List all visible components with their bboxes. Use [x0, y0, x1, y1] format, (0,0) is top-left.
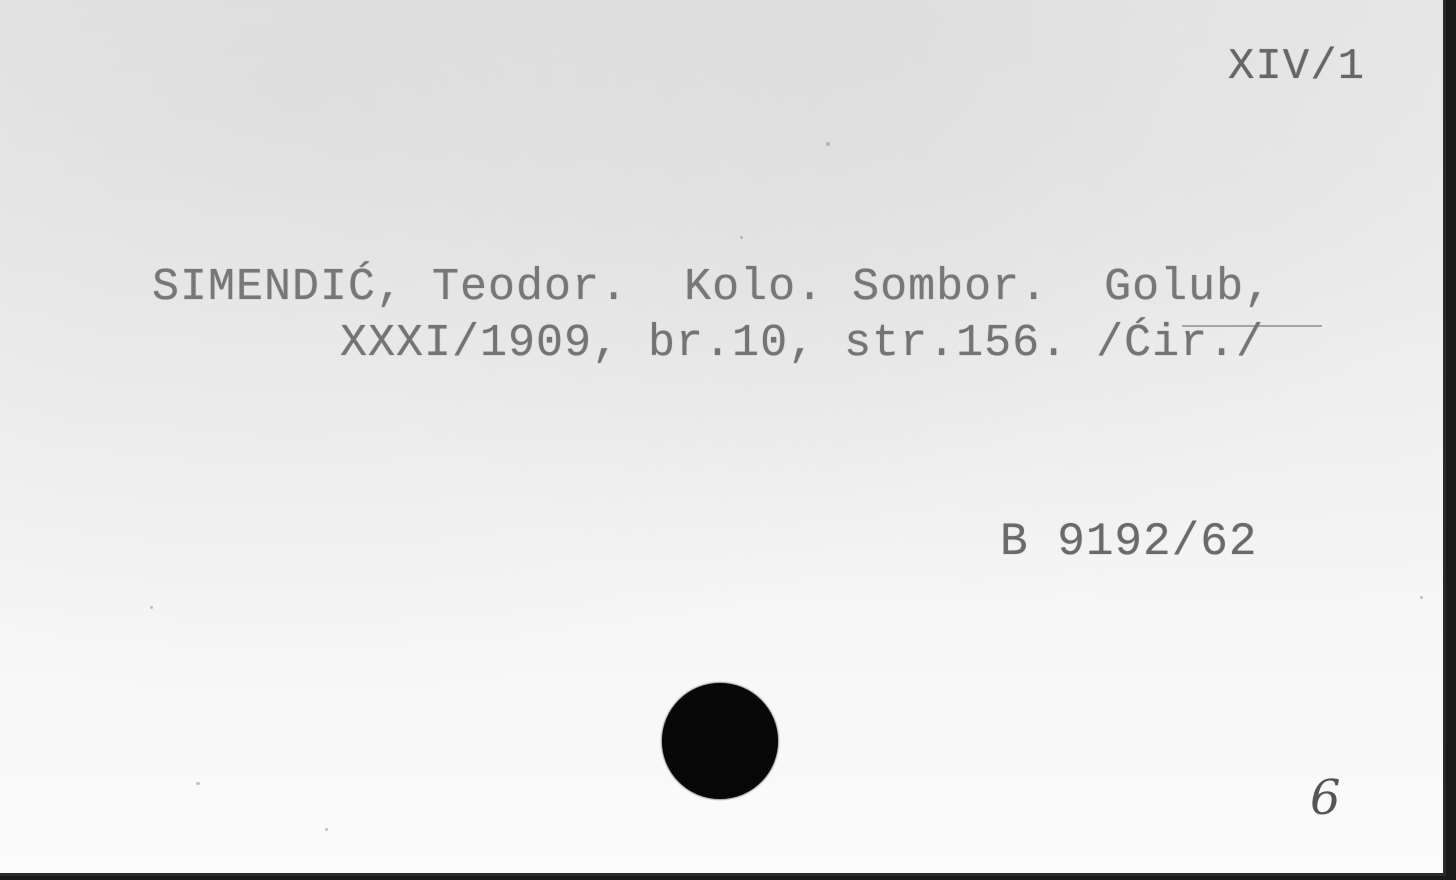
- entry-citation-line: XXXI/1909, br.10, str.156. /Ćir./: [340, 318, 1264, 369]
- paper-speck: [1420, 596, 1423, 599]
- paper-speck: [196, 782, 200, 785]
- paper-speck: [740, 236, 743, 239]
- paper-speck: [325, 828, 328, 831]
- paper-speck: [150, 606, 153, 609]
- entry-author-title-line: SIMENDIĆ, Teodor. Kolo. Sombor. Golub,: [152, 262, 1272, 313]
- punch-hole: [662, 683, 778, 799]
- accession-number: B 9192/62: [1000, 516, 1257, 568]
- catalog-card: XIV/1 SIMENDIĆ, Teodor. Kolo. Sombor. Go…: [0, 0, 1446, 876]
- call-number: XIV/1: [1228, 42, 1365, 92]
- handwritten-mark: 6: [1310, 770, 1341, 826]
- paper-speck: [826, 142, 830, 146]
